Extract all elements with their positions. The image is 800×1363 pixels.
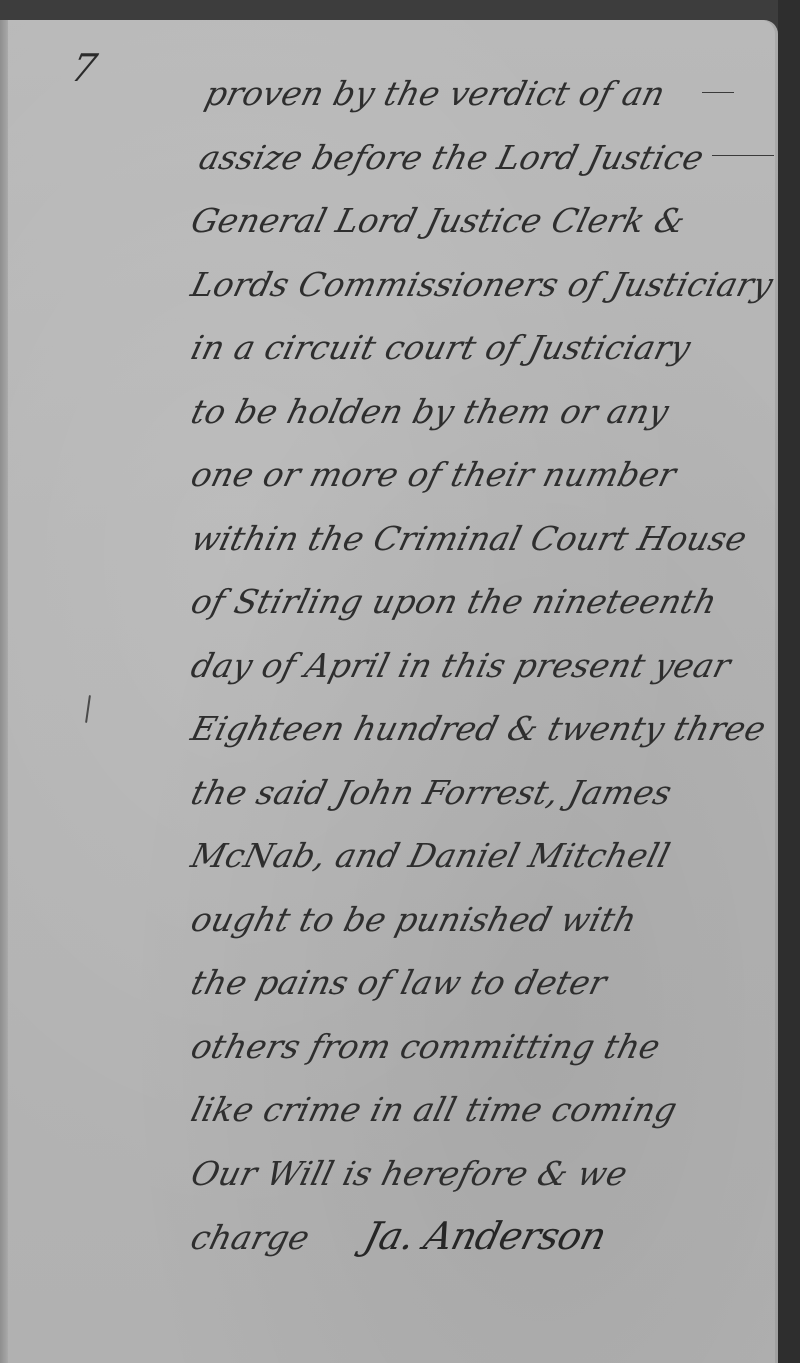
text-line: the pains of law to deter	[184, 951, 780, 1015]
scan-right-border	[778, 0, 800, 1363]
text-line: assize before the Lord Justice	[192, 126, 780, 190]
text-line: of Stirling upon the nineteenth	[184, 570, 780, 634]
closing-word: charge	[184, 1206, 317, 1270]
text-line: one or more of their number	[184, 443, 780, 507]
text-line: day of April in this present year	[184, 634, 780, 698]
text-line: others from committing the	[184, 1015, 780, 1079]
text-line: the said John Forrest, James	[184, 761, 780, 825]
signature: Ja. Anderson	[357, 1205, 613, 1269]
text-line: within the Criminal Court House	[184, 507, 780, 571]
binding-edge	[0, 20, 8, 1363]
text-line: like crime in all time coming	[184, 1078, 780, 1142]
text-line: ought to be punished with	[184, 888, 780, 952]
handwritten-text-block: proven by the verdict of an assize befor…	[192, 62, 772, 1269]
closing-line: charge Ja. Anderson	[184, 1205, 780, 1269]
text-line: to be holden by them or any	[184, 380, 780, 444]
text-line: Lords Commissioners of Justiciary	[184, 253, 780, 317]
text-line: McNab, and Daniel Mitchell	[184, 824, 780, 888]
text-line: proven by the verdict of an	[198, 62, 780, 126]
text-line: in a circuit court of Justiciary	[184, 316, 780, 380]
text-line: Our Will is herefore & we	[184, 1142, 780, 1206]
text-line: General Lord Justice Clerk &	[184, 189, 780, 253]
text-line: Eighteen hundred & twenty three	[184, 697, 780, 761]
